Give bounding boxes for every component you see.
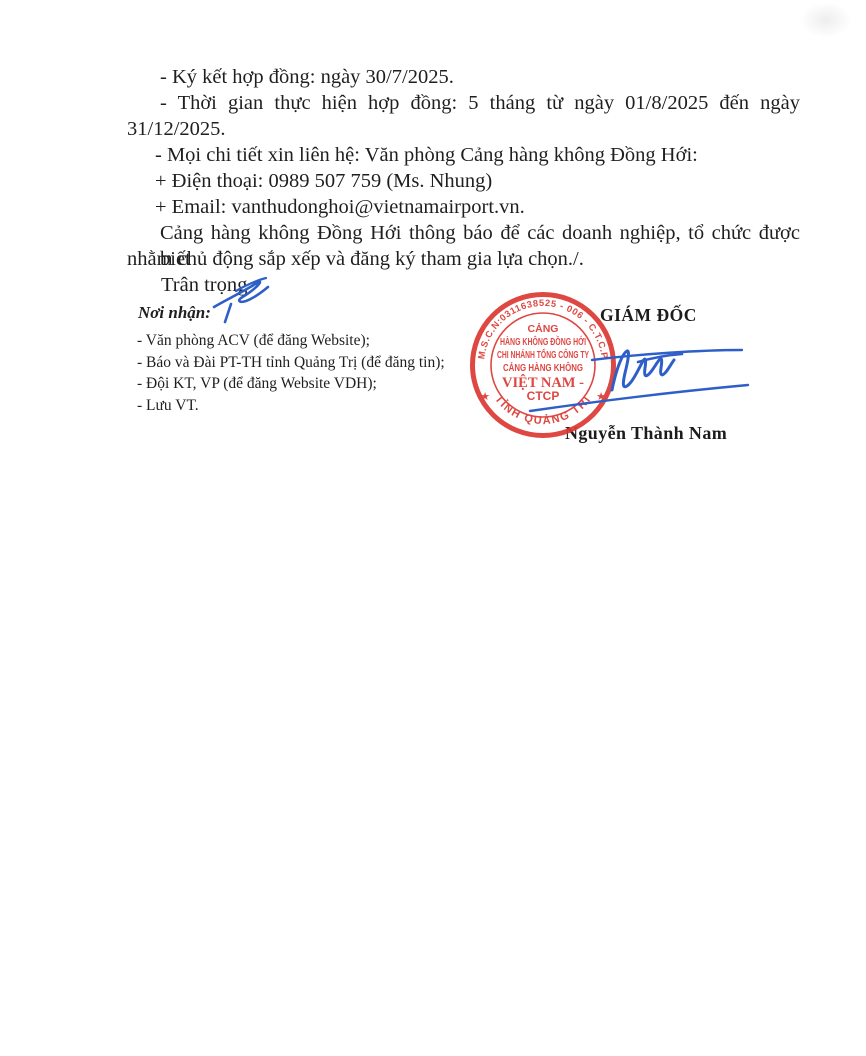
seal-center-line-6: CTCP	[527, 389, 560, 403]
recipient-item: - Báo và Đài PT-TH tỉnh Quảng Trị (để đă…	[137, 352, 445, 374]
seal-center-line-2: HÀNG KHÔNG ĐỒNG HỚI	[500, 335, 586, 348]
paragraph-contract-signing: - Ký kết hợp đồng: ngày 30/7/2025.	[160, 64, 454, 90]
seal-center-line-3: CHI NHÁNH TỔNG CÔNG TY	[497, 348, 589, 361]
paragraph-contact: - Mọi chi tiết xin liên hệ: Văn phòng Cả…	[155, 142, 698, 168]
recipients-label: Nơi nhận:	[138, 303, 211, 323]
paragraph-phone: + Điện thoại: 0989 507 759 (Ms. Nhung)	[155, 168, 492, 194]
recipient-item: - Văn phòng ACV (để đăng Website);	[137, 330, 445, 352]
scan-artifact	[800, 2, 852, 38]
recipient-item: - Đội KT, VP (để đăng Website VDH);	[137, 373, 445, 395]
document-page: - Ký kết hợp đồng: ngày 30/7/2025. - Thờ…	[0, 0, 866, 1056]
paragraph-email: + Email: vanthudonghoi@vietnamairport.vn…	[155, 194, 525, 220]
seal-center-line-4: CẢNG HÀNG KHÔNG	[503, 361, 583, 374]
paragraph-duration-line1: - Thời gian thực hiện hợp đồng: 5 tháng …	[127, 90, 800, 116]
paragraph-duration-line2: 31/12/2025.	[127, 116, 226, 142]
closing-salutation: Trân trọng	[161, 272, 247, 298]
official-seal-stamp: M.S.C.N:0311638525 - 006 - C.T.C.P TỈNH …	[468, 290, 618, 440]
recipients-list: - Văn phòng ACV (để đăng Website); - Báo…	[137, 330, 445, 416]
paragraph-notice-line2: nhằm chủ động sắp xếp và đăng ký tham gi…	[127, 246, 584, 272]
seal-center-line-1: CẢNG	[528, 322, 559, 335]
seal-star-left-icon: ★	[480, 391, 490, 403]
recipient-item: - Lưu VT.	[137, 395, 445, 417]
seal-star-right-icon: ★	[596, 391, 606, 403]
